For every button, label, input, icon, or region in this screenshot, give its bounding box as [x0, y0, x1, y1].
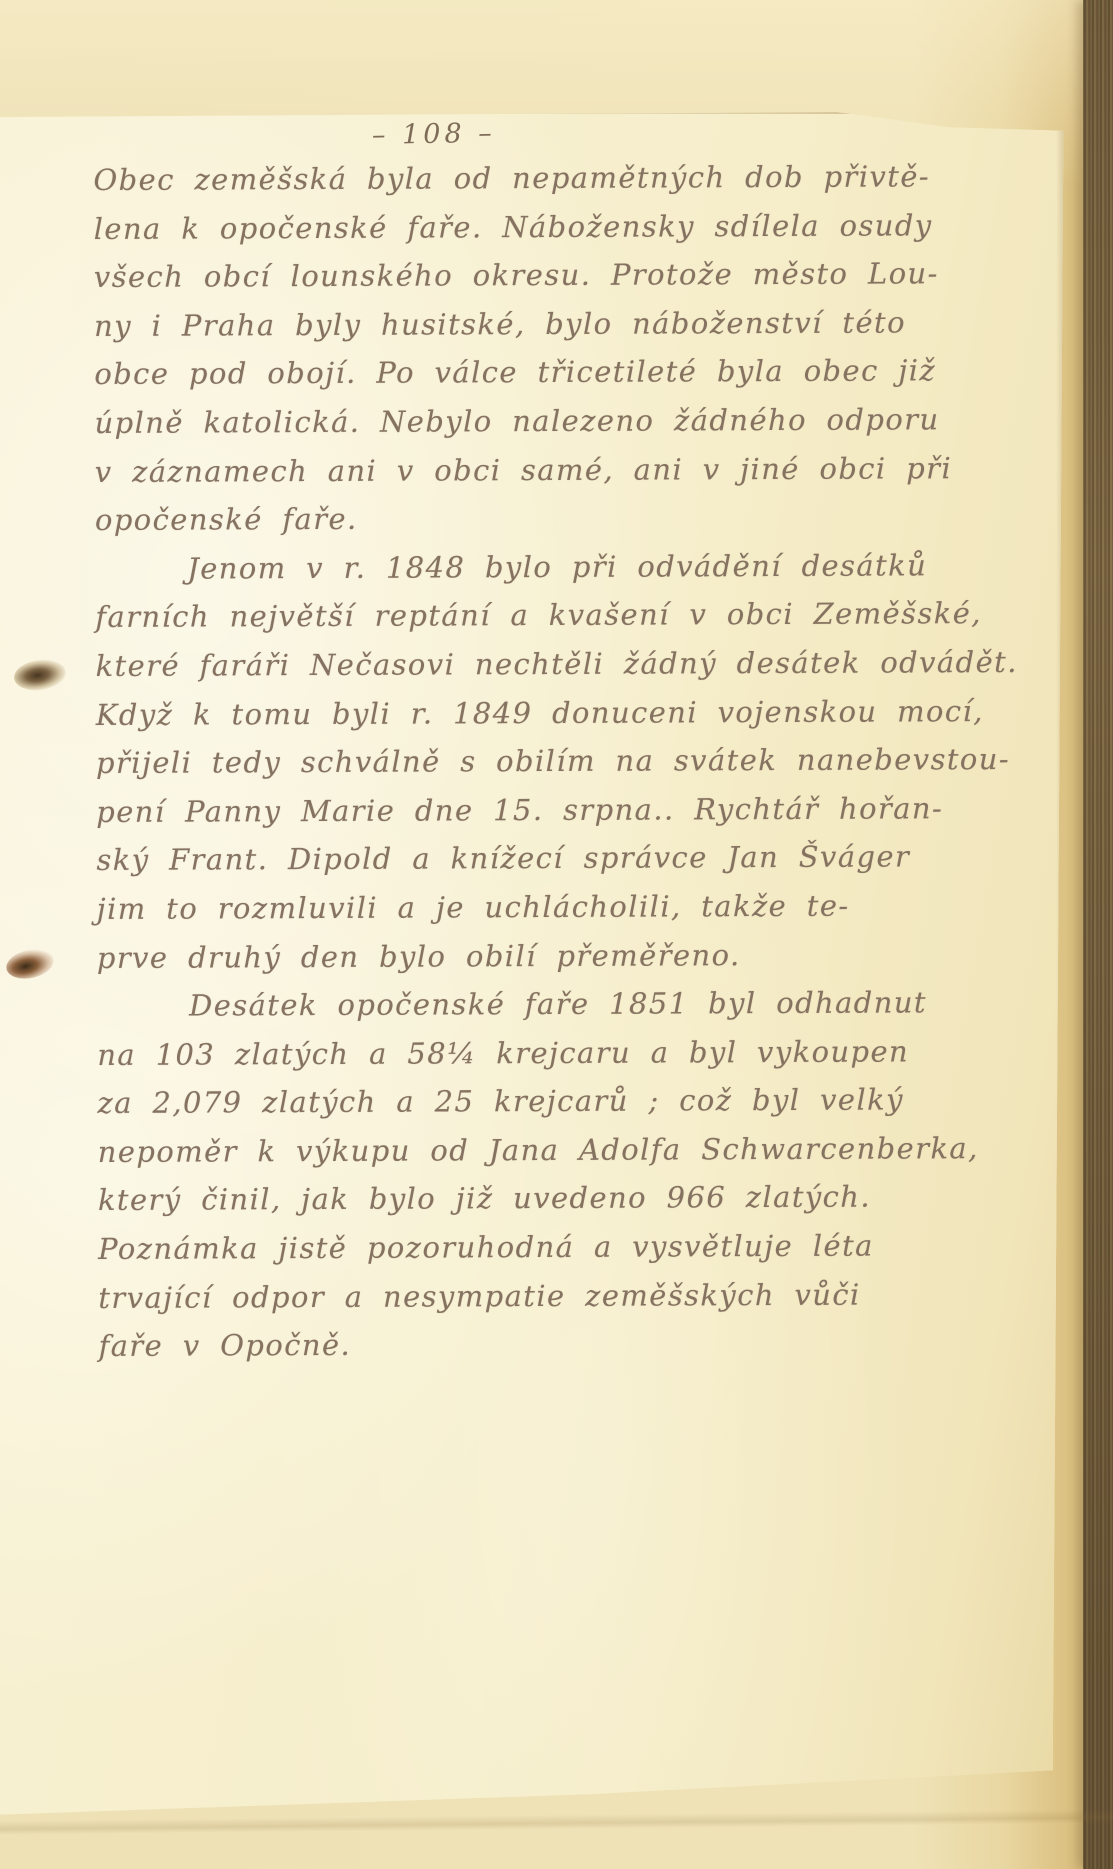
- handwriting-line: obce pod obojí. Po válce třicetileté byl…: [94, 346, 994, 399]
- handwriting-line: Desátek opočenské faře 1851 byl odhadnut: [97, 978, 997, 1031]
- page-number: – 108 –: [372, 116, 593, 151]
- paper-crease: [0, 1809, 1113, 1835]
- sheet-right-shadow: [1056, 129, 1066, 1784]
- handwriting-line: prve druhý den bylo obilí přeměřeno.: [97, 930, 997, 983]
- handwriting-line: lena k opočenské faře. Nábožensky sdílel…: [94, 201, 994, 254]
- handwriting-line: Obec zeměšská byla od nepamětných dob př…: [93, 152, 993, 205]
- handwriting-line: v záznamech ani v obci samé, ani v jiné …: [95, 444, 995, 497]
- handwriting-line: Když k tomu byli r. 1849 donuceni vojens…: [96, 687, 996, 740]
- handwriting-line: Poznámka jistě pozoruhodná a vysvětluje …: [98, 1221, 998, 1274]
- handwriting-line: všech obcí lounského okresu. Protože měs…: [94, 249, 994, 302]
- handwriting-line: který činil, jak bylo již uvedeno 966 zl…: [98, 1173, 998, 1226]
- handwriting-line: pení Panny Marie dne 15. srpna.. Rychtář…: [96, 784, 996, 837]
- manuscript-sheet: – 108 – Obec zeměšská byla od nepamětnýc…: [0, 112, 1072, 1818]
- handwriting-block: Obec zeměšská byla od nepamětných dob př…: [93, 152, 998, 1371]
- handwriting-line: na 103 zlatých a 58¼ krejcaru a byl vyko…: [97, 1027, 997, 1080]
- handwriting-line: přijeli tedy schválně s obilím na svátek…: [96, 735, 996, 788]
- binding-hole-bottom: [4, 945, 57, 982]
- handwriting-line: za 2,079 zlatých a 25 krejcarů ; což byl…: [97, 1075, 997, 1128]
- handwriting-line: ny i Praha byly husitské, bylo náboženst…: [94, 298, 994, 351]
- handwriting-line: úplně katolická. Nebylo nalezeno žádného…: [94, 395, 994, 448]
- handwriting-line: které faráři Nečasovi nechtěli žádný des…: [95, 638, 995, 691]
- handwriting-line: faře v Opočně.: [98, 1318, 998, 1371]
- book-page-background: – 108 – Obec zeměšská byla od nepamětnýc…: [0, 0, 1113, 1869]
- handwriting-line: farních největší reptání a kvašení v obc…: [95, 589, 995, 642]
- handwriting-line: trvající odpor a nesympatie zeměšských v…: [98, 1270, 998, 1323]
- handwriting-line: nepoměr k výkupu od Jana Adolfa Schwarce…: [98, 1124, 998, 1177]
- handwriting-line: jim to rozmluvili a je uchlácholili, tak…: [97, 881, 997, 934]
- binding-hole-top: [12, 657, 68, 694]
- book-fore-edge-pages: [1083, 0, 1113, 1869]
- sheet-top-edge: [0, 112, 1072, 114]
- handwriting-line: ský Frant. Dipold a knížecí správce Jan …: [96, 832, 996, 885]
- handwriting-line: Jenom v r. 1848 bylo při odvádění desátk…: [95, 541, 995, 594]
- handwriting-line: opočenské faře.: [95, 492, 995, 545]
